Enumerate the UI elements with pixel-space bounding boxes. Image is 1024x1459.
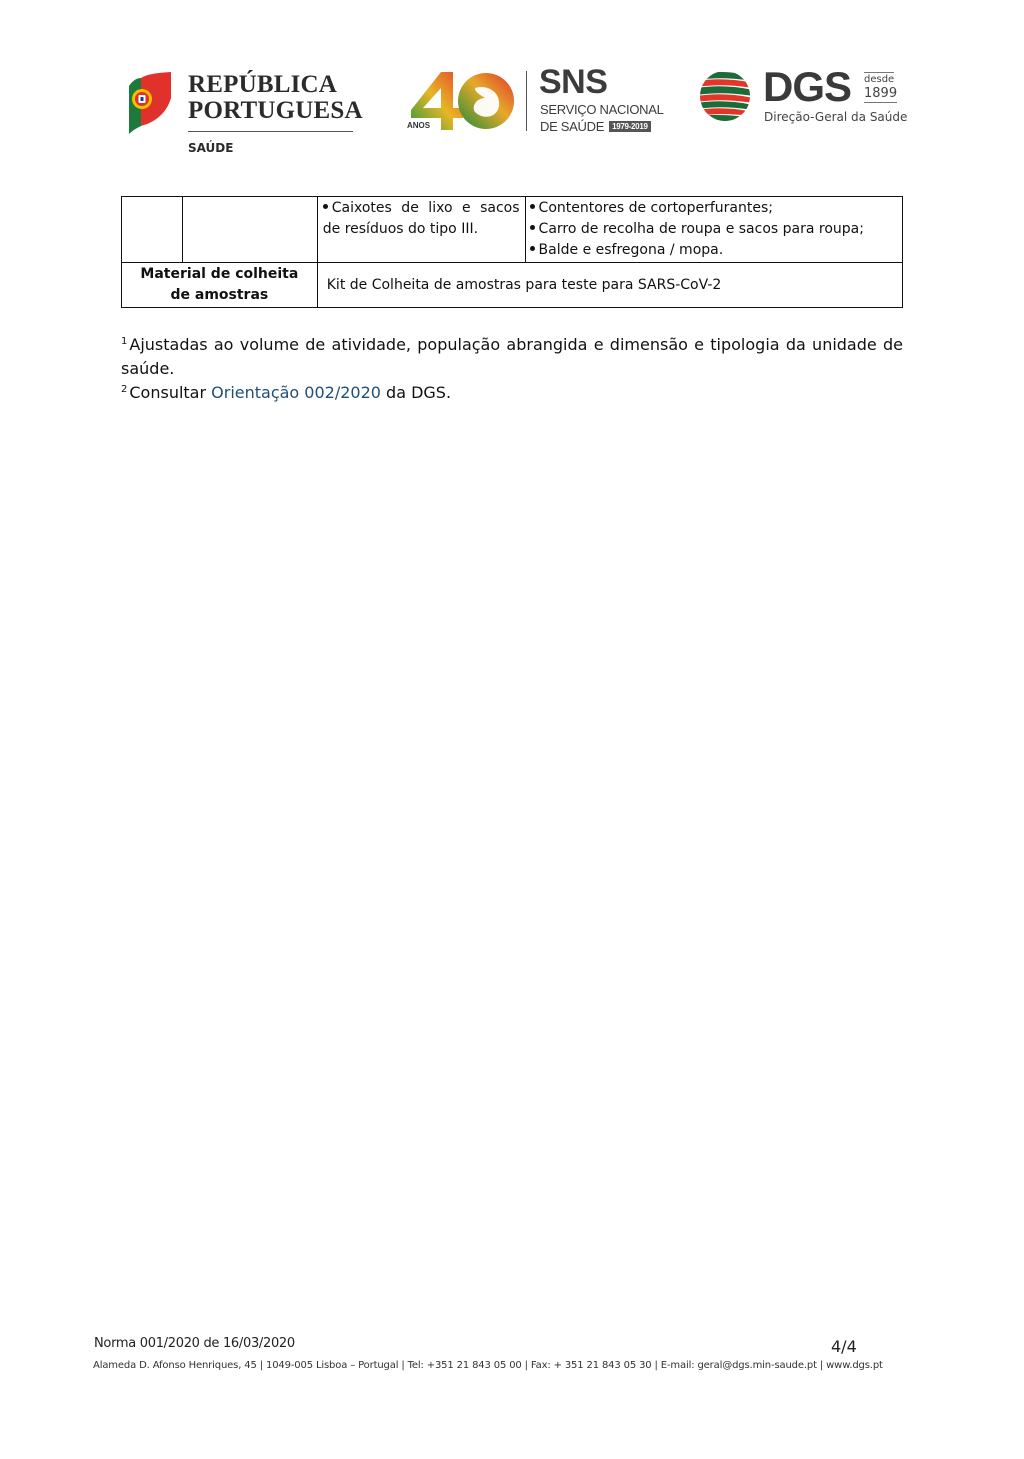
bullet-text: Carro de recolha de roupa e sacos para r…	[539, 221, 864, 237]
table-cell-value: Kit de Colheita de amostras para teste p…	[317, 263, 902, 308]
footnote-1: 1Ajustadas ao volume de atividade, popul…	[121, 333, 903, 381]
sns-line2-text: DE SAÚDE	[540, 119, 604, 134]
dgs-globe-icon	[697, 70, 753, 122]
sns-line1: SERVIÇO NACIONAL	[540, 102, 664, 117]
dgs-desde: desde	[864, 72, 894, 85]
page-number: 4/4	[831, 1337, 857, 1356]
label-line2: de amostras	[127, 285, 312, 306]
logo-divider	[188, 131, 353, 132]
table-cell-label: Material de colheita de amostras	[122, 263, 318, 308]
footer-address: Alameda D. Afonso Henriques, 45 | 1049-0…	[93, 1360, 883, 1371]
footnote-marker: 2	[121, 384, 127, 395]
table-row: Material de colheita de amostras Kit de …	[122, 263, 903, 308]
table-cell-empty	[183, 197, 318, 263]
table-cell-empty	[122, 197, 183, 263]
bullet-icon	[530, 225, 535, 230]
footer-norma: Norma 001/2020 de 16/03/2020	[94, 1336, 295, 1351]
footnote-marker: 1	[121, 336, 127, 347]
dgs-year: 1899	[864, 86, 897, 103]
republica-portuguesa-logo: REPÚBLICA PORTUGUESA SAÚDE	[127, 70, 367, 160]
table-cell-waste-bins: Caixotes de lixo e sacos de resíduos do …	[317, 197, 525, 263]
footnote-2: 2Consultar Orientação 002/2020 da DGS.	[121, 381, 903, 405]
sns-title: SNS	[539, 64, 607, 100]
list-item: Contentores de cortoperfurantes;	[530, 198, 897, 219]
anos-label: ANOS	[407, 121, 430, 130]
bullet-text: Balde e esfregona / mopa.	[539, 242, 724, 258]
footnote-suffix: da DGS.	[381, 383, 451, 402]
footnote-prefix: Consultar	[129, 383, 211, 402]
republica-line: REPÚBLICA	[188, 72, 363, 98]
equipment-table: Caixotes de lixo e sacos de resíduos do …	[121, 196, 903, 308]
portuguesa-line: PORTUGUESA	[188, 98, 363, 124]
logo-divider	[526, 71, 527, 131]
bullet-text: Caixotes de lixo e sacos de resíduos do …	[323, 200, 520, 237]
list-item: Carro de recolha de roupa e sacos para r…	[530, 219, 897, 240]
list-item: Balde e esfregona / mopa.	[530, 240, 897, 261]
saude-subtitle: SAÚDE	[188, 141, 233, 155]
bullet-text: Contentores de cortoperfurantes;	[539, 200, 773, 216]
bullet-icon	[530, 246, 535, 251]
orientacao-link[interactable]: Orientação 002/2020	[211, 383, 381, 402]
footnotes: 1Ajustadas ao volume de atividade, popul…	[121, 333, 903, 405]
bullet-icon	[530, 204, 535, 209]
bullet-icon	[323, 204, 328, 209]
sns-40-anos-logo: ANOS SNS SERVIÇO NACIONAL DE SAÚDE1979-2…	[405, 68, 655, 136]
table-cell-equipment-list: Contentores de cortoperfurantes; Carro d…	[525, 197, 902, 263]
table-row: Caixotes de lixo e sacos de resíduos do …	[122, 197, 903, 263]
republica-portuguesa-title: REPÚBLICA PORTUGUESA	[188, 72, 363, 124]
sns-years-badge: 1979-2019	[609, 121, 651, 132]
sns-line2: DE SAÚDE1979-2019	[540, 119, 651, 134]
footnote-text: Ajustadas ao volume de atividade, popula…	[121, 335, 903, 378]
portugal-flag-icon	[127, 72, 173, 134]
dgs-logo: DGS desde 1899 Direção-Geral da Saúde	[697, 68, 907, 130]
dgs-title: DGS	[763, 65, 851, 109]
dgs-subtitle: Direção-Geral da Saúde	[764, 110, 907, 124]
label-line1: Material de colheita	[127, 264, 312, 285]
